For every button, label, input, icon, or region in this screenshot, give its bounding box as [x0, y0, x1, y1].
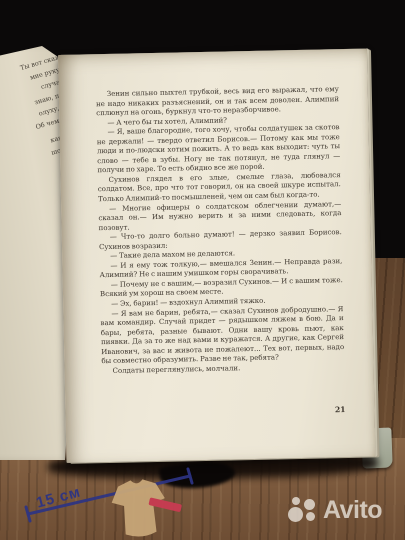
- book-photo-scene: Ты вот скажи, могу мне руку подает? случ…: [0, 0, 405, 540]
- page-paragraph: — Я вам не барин, ребята,— сказал Сухино…: [100, 305, 344, 367]
- right-book-page: Зенин сильно пыхтел трубкой, весь вид ег…: [58, 49, 375, 463]
- page-paragraph: Сухинов глядел в его злые, смелые глаза,…: [98, 171, 342, 205]
- tshirt-size-icon: [93, 474, 184, 540]
- page-paragraph: — Я, ваше благородие, того хочу, чтобы с…: [97, 123, 341, 176]
- page-number: 21: [317, 405, 345, 415]
- avito-logo-icon: [288, 496, 320, 524]
- avito-watermark-text: Avito: [323, 496, 382, 524]
- page-text-block: Зенин сильно пыхтел трубкой, весь вид ег…: [96, 85, 345, 376]
- avito-watermark: Avito: [288, 496, 382, 524]
